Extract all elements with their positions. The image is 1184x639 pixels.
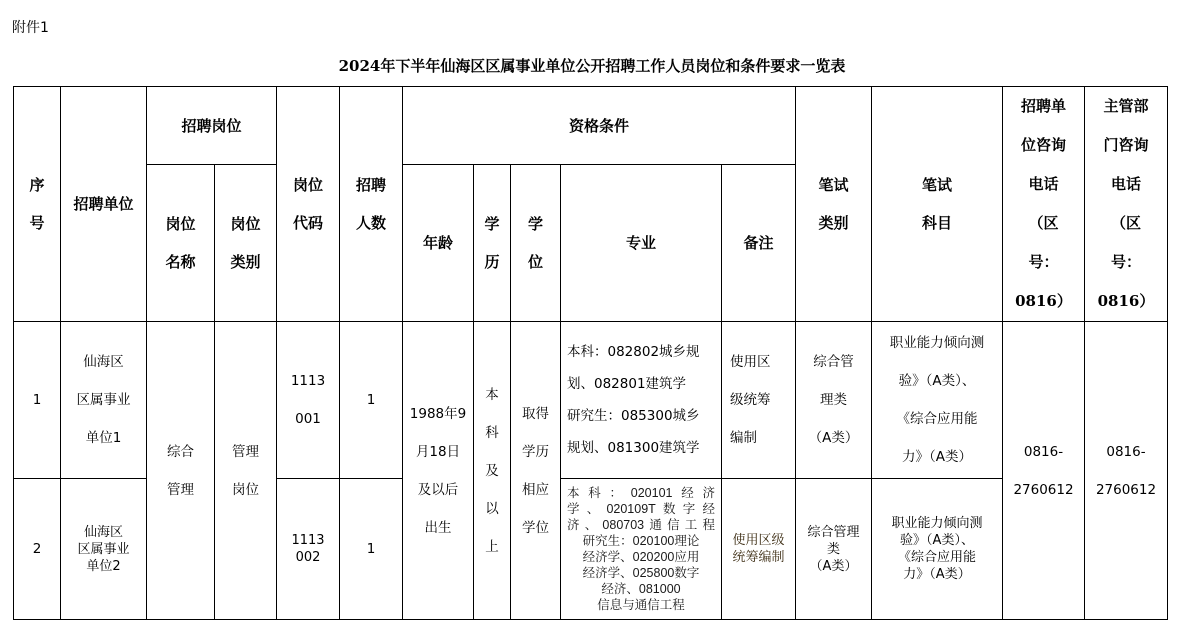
text-line: 本科：020101经济 [561, 485, 721, 501]
text-line: 1113 [277, 532, 339, 549]
text-line: 号： [1003, 243, 1084, 282]
text-line: 综合 [147, 433, 214, 471]
header-age: 年龄 [403, 165, 474, 322]
text-line: 002 [277, 549, 339, 566]
cell-major: 本科：020101经济学、020109T数字经济、080703通信工程研究生：0… [561, 479, 722, 620]
text-line: 《综合应用能 [872, 400, 1002, 438]
header-exam-category: 笔试类别 [796, 87, 872, 322]
text-line: 电话 [1085, 165, 1167, 204]
cell-headcount: 1 [340, 322, 403, 479]
cell-seq: 2 [14, 479, 61, 620]
text-line: 编制 [730, 419, 795, 457]
header-exam-subjects: 笔试科目 [872, 87, 1003, 322]
text-line: 0816- [1085, 433, 1167, 471]
text-line: 名称 [147, 243, 214, 281]
cell-exam-subjects: 职业能力倾向测验》（A类）、《综合应用能力》（A类） [872, 322, 1003, 479]
header-degree: 学位 [511, 165, 561, 322]
text-line: 职业能力倾向测 [872, 324, 1002, 362]
text-line: 1113 [277, 362, 339, 400]
text-line: 出生 [403, 509, 473, 547]
cell-major: 本科：082802城乡规划、082801建筑学研究生：085300城乡规划、08… [561, 322, 722, 479]
text-line: 力》（A类） [872, 438, 1002, 476]
cell-exam-subjects: 职业能力倾向测验》（A类）、《综合应用能力》（A类） [872, 479, 1003, 620]
cell-position-code: 1113001 [277, 322, 340, 479]
attachment-label: 附件1 [12, 17, 49, 37]
header-headcount: 招聘人数 [340, 87, 403, 322]
text-line: 招聘 [340, 166, 402, 204]
cell-degree: 取得学历相应学位 [511, 322, 561, 620]
text-line: 招聘单 [1003, 87, 1084, 126]
text-line: 管理 [147, 471, 214, 509]
text-line: 及以后 [403, 471, 473, 509]
text-line: （区 [1085, 204, 1167, 243]
text-line: 代码 [277, 204, 339, 242]
text-line: 使用区级 [722, 532, 795, 549]
header-dept-phone: 主管部门咨询电话（区号：0816） [1085, 87, 1168, 322]
table-row: 1 仙海区区属事业单位1 综合管理 管理岗位 1113001 1 1988年9月… [14, 322, 1168, 479]
text-line: 统筹编制 [722, 549, 795, 566]
text-line: 序 [14, 166, 60, 204]
text-line: 经济学、025800数字 [561, 565, 721, 581]
text-line: （区 [1003, 204, 1084, 243]
text-line: 类别 [796, 204, 871, 242]
cell-remarks: 使用区级统筹编制 [722, 479, 796, 620]
text-line: 0816- [1003, 433, 1084, 471]
text-line: 2760612 [1003, 471, 1084, 509]
text-line: 笔试 [872, 166, 1002, 204]
header-remarks: 备注 [722, 165, 796, 322]
cell-position-code: 1113002 [277, 479, 340, 620]
header-major: 专业 [561, 165, 722, 322]
text-line: 上 [474, 528, 510, 566]
text-line: 力》（A类） [872, 566, 1002, 583]
cell-unit: 仙海区区属事业单位1 [61, 322, 147, 479]
text-line: 学 [511, 205, 560, 243]
text-line: 职业能力倾向测 [872, 515, 1002, 532]
text-line: 主管部 [1085, 87, 1167, 126]
text-line: 理类 [796, 381, 871, 419]
text-line: 电话 [1003, 165, 1084, 204]
text-line: 单位1 [61, 419, 146, 457]
cell-position-name: 综合管理 [147, 322, 215, 620]
text-line: （A类） [796, 558, 871, 575]
text-line: 0816） [1003, 282, 1084, 321]
text-line: 级统筹 [730, 381, 795, 419]
text-line: 岗位 [147, 205, 214, 243]
text-line: 及 [474, 452, 510, 490]
text-line: 研究生：020100理论 [561, 533, 721, 549]
header-position-group: 招聘岗位 [147, 87, 277, 165]
cell-unit-phone: 0816-2760612 [1003, 322, 1085, 620]
text-line: 0816） [1085, 282, 1167, 321]
text-line: 学位 [511, 509, 560, 547]
cell-age: 1988年9月18日及以后出生 [403, 322, 474, 620]
text-line: 综合管 [796, 343, 871, 381]
text-line: 济、080703通信工程 [561, 517, 721, 533]
text-line: 使用区 [730, 343, 795, 381]
text-line: 划、082801建筑学 [567, 368, 721, 400]
text-line: 历 [474, 243, 510, 281]
text-line: 月18日 [403, 433, 473, 471]
cell-remarks: 使用区级统筹编制 [722, 322, 796, 479]
text-line: 类 [796, 541, 871, 558]
text-line: 2760612 [1085, 471, 1167, 509]
text-line: （A类） [796, 419, 871, 457]
text-line: 1988年9 [403, 395, 473, 433]
text-line: 规划、081300建筑学 [567, 432, 721, 464]
text-line: 学 [474, 205, 510, 243]
header-unit-phone: 招聘单位咨询电话（区号：0816） [1003, 87, 1085, 322]
text-line: 位咨询 [1003, 126, 1084, 165]
text-line: 岗位 [277, 166, 339, 204]
text-line: 验》（A类）、 [872, 532, 1002, 549]
text-line: 验》（A类）、 [872, 362, 1002, 400]
text-line: 科 [474, 414, 510, 452]
text-line: 号 [14, 204, 60, 242]
text-line: 经济、081000 [561, 581, 721, 597]
text-line: 综合管理 [796, 524, 871, 541]
recruitment-table: 序号 招聘单位 招聘岗位 岗位代码 招聘人数 资格条件 笔试类别 笔试科目 招聘… [13, 86, 1168, 620]
header-seq: 序号 [14, 87, 61, 322]
page-title: 2024年下半年仙海区区属事业单位公开招聘工作人员岗位和条件要求一览表 [0, 55, 1184, 76]
text-line: 研究生：085300城乡 [567, 400, 721, 432]
header-position-type: 岗位类别 [215, 165, 277, 322]
text-line: 信息与通信工程 [561, 597, 721, 613]
text-line: 号： [1085, 243, 1167, 282]
cell-headcount: 1 [340, 479, 403, 620]
cell-seq: 1 [14, 322, 61, 479]
text-line: 本 [474, 376, 510, 414]
text-line: 区属事业 [61, 541, 146, 558]
text-line: 取得 [511, 395, 560, 433]
text-line: 仙海区 [61, 343, 146, 381]
text-line: 相应 [511, 471, 560, 509]
text-line: 管理 [215, 433, 276, 471]
cell-exam-category: 综合管理类（A类） [796, 479, 872, 620]
text-line: 单位2 [61, 558, 146, 575]
text-line: 科目 [872, 204, 1002, 242]
text-line: 笔试 [796, 166, 871, 204]
cell-unit: 仙海区区属事业单位2 [61, 479, 147, 620]
text-line: 以 [474, 490, 510, 528]
header-education: 学历 [474, 165, 511, 322]
text-line: 本科：082802城乡规 [567, 336, 721, 368]
text-line: 区属事业 [61, 381, 146, 419]
header-position-code: 岗位代码 [277, 87, 340, 322]
cell-education: 本科及以上 [474, 322, 511, 620]
header-qualifications: 资格条件 [403, 87, 796, 165]
text-line: 仙海区 [61, 524, 146, 541]
text-line: 《综合应用能 [872, 549, 1002, 566]
text-line: 门咨询 [1085, 126, 1167, 165]
text-line: 学、020109T数字经 [561, 501, 721, 517]
text-line: 经济学、020200应用 [561, 549, 721, 565]
text-line: 学历 [511, 433, 560, 471]
text-line: 001 [277, 400, 339, 438]
cell-position-type: 管理岗位 [215, 322, 277, 620]
text-line: 人数 [340, 204, 402, 242]
text-line: 岗位 [215, 205, 276, 243]
text-line: 岗位 [215, 471, 276, 509]
text-line: 类别 [215, 243, 276, 281]
cell-exam-category: 综合管理类（A类） [796, 322, 872, 479]
text-line: 位 [511, 243, 560, 281]
cell-dept-phone: 0816-2760612 [1085, 322, 1168, 620]
header-unit: 招聘单位 [61, 87, 147, 322]
header-position-name: 岗位名称 [147, 165, 215, 322]
